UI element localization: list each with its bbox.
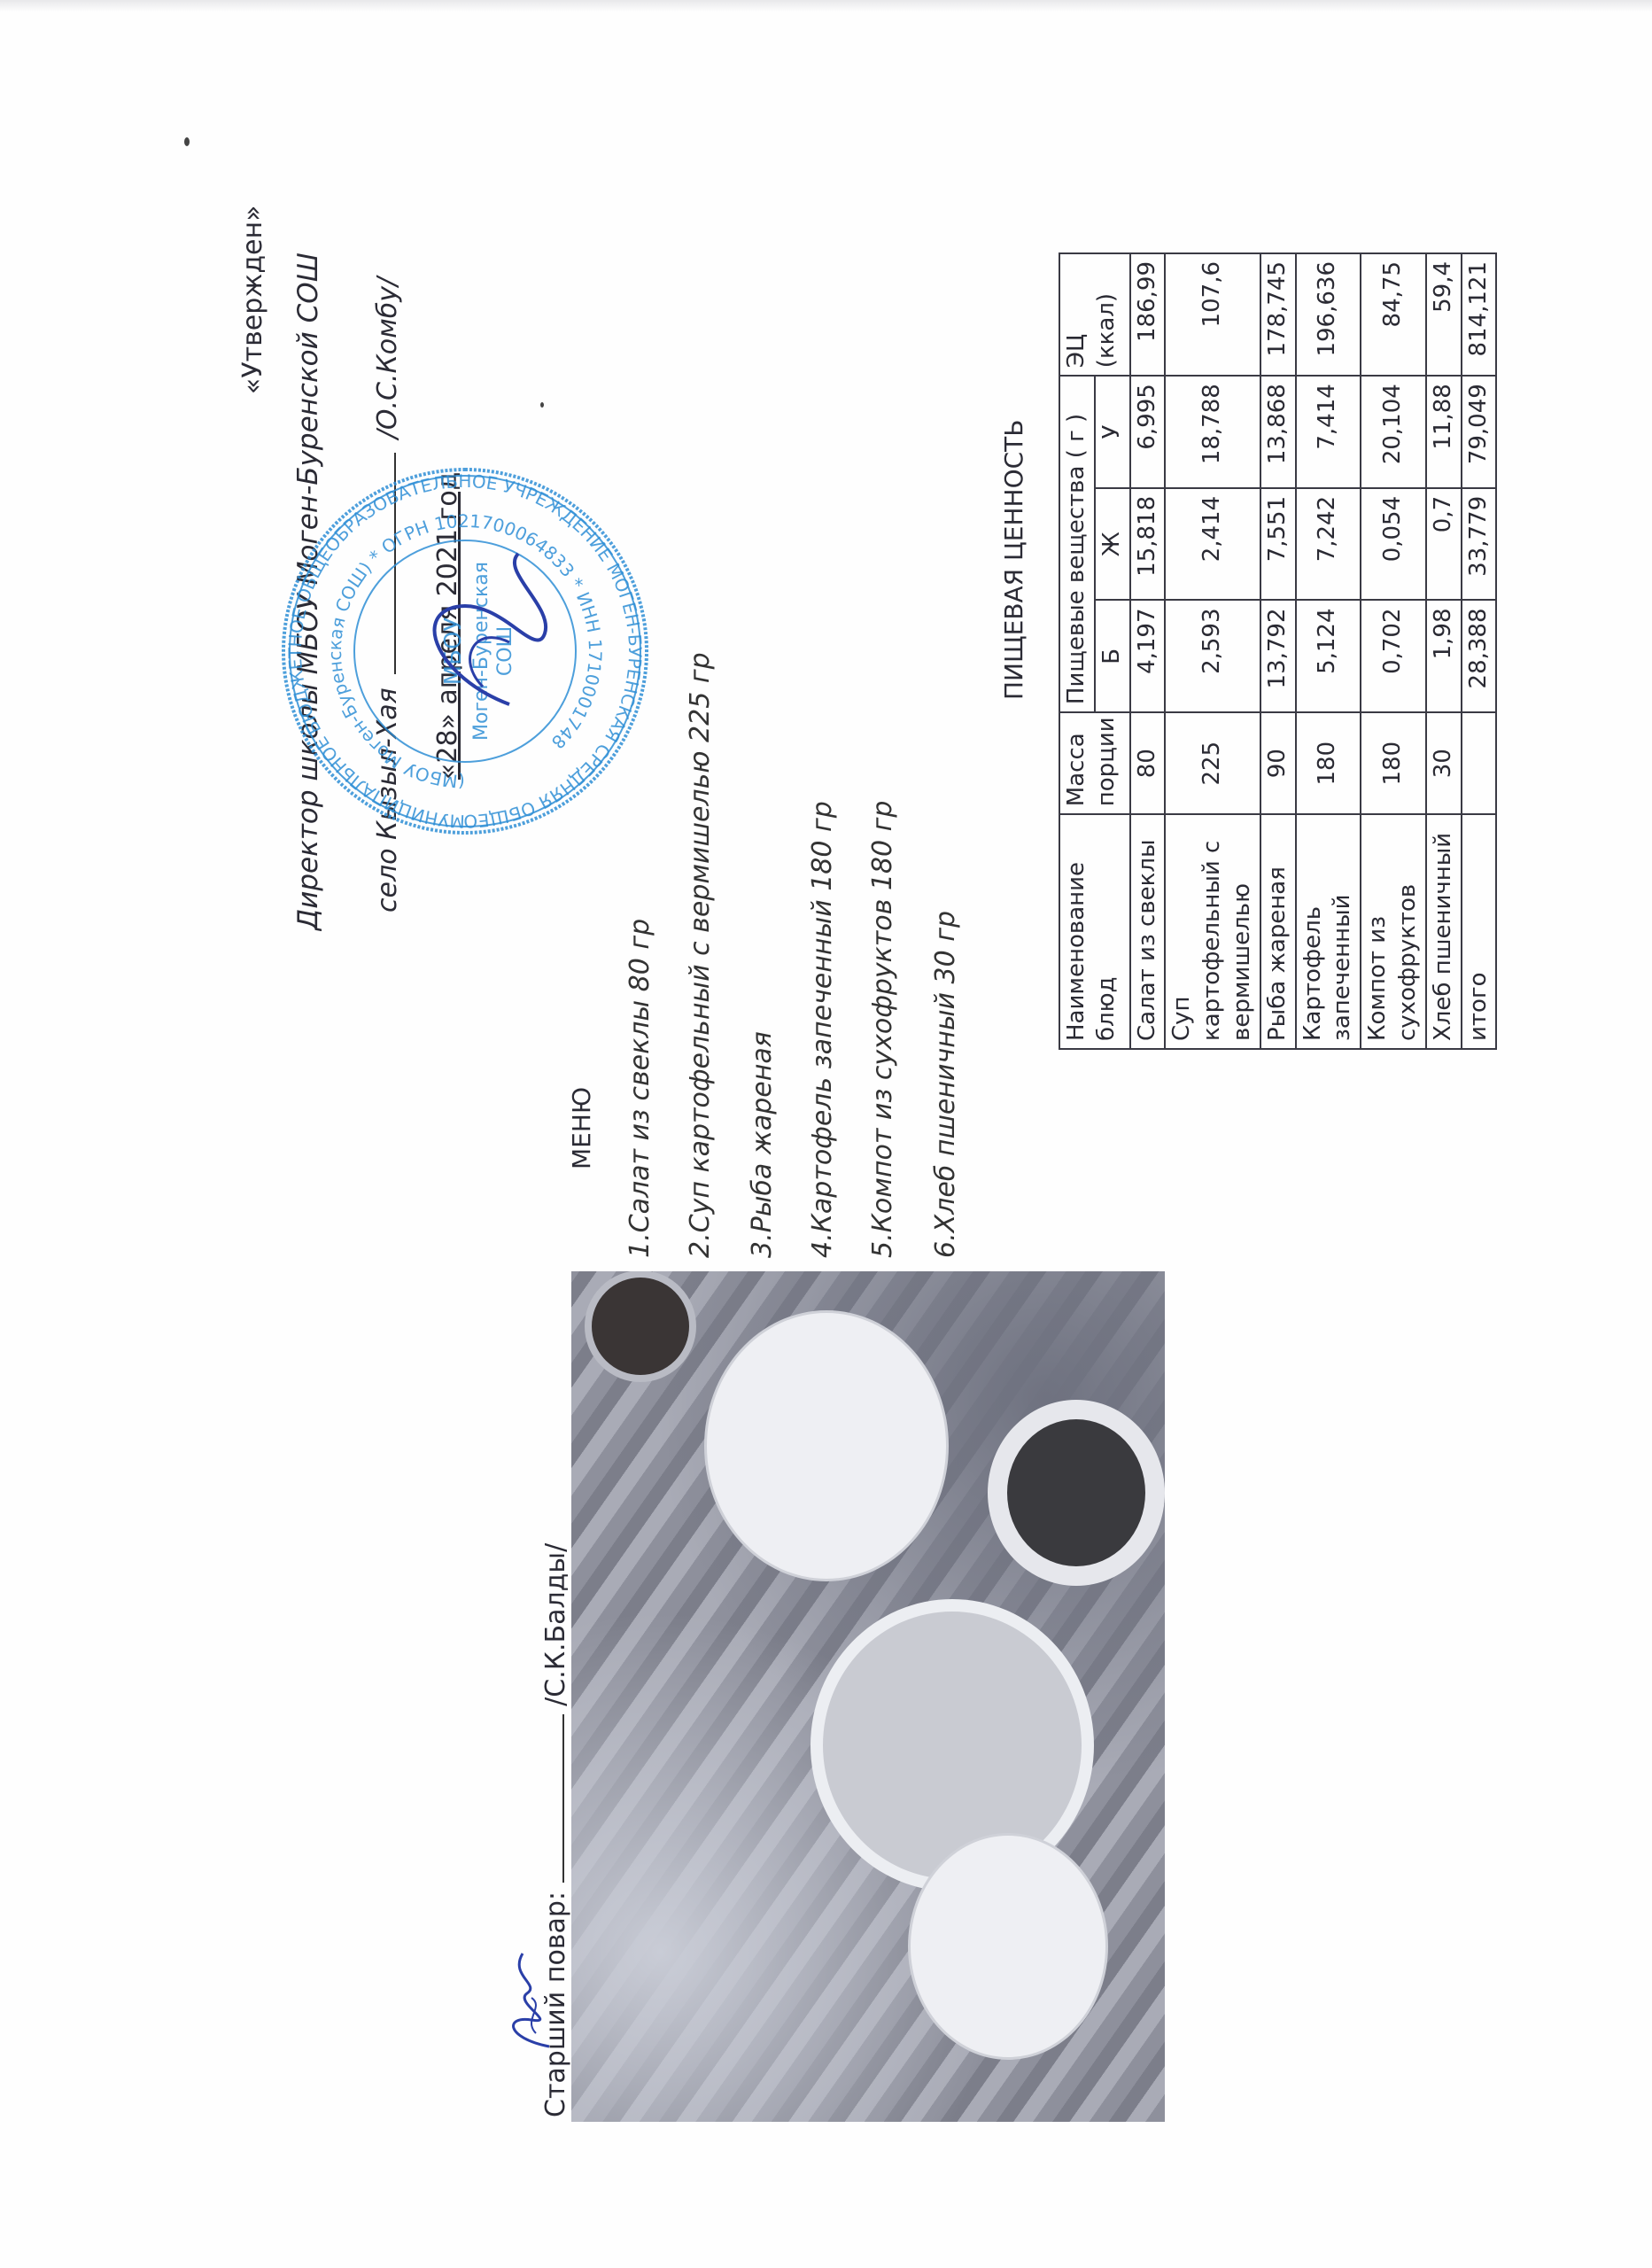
cook-signature-blank [562, 1714, 564, 1883]
approval-date: «28» апреля 2021 год [432, 472, 463, 780]
cell-u: 79,049 [1462, 376, 1497, 488]
cell-mass: 180 [1361, 712, 1426, 814]
cell-energy: 814,121 [1462, 253, 1497, 376]
menu-title: МЕНЮ [567, 1087, 596, 1169]
nutrition-body: Салат из свеклы804,19715,8186,995186,99С… [1130, 253, 1497, 1049]
cell-energy: 59,4 [1426, 253, 1462, 376]
header-nutrients: Пищевые вещества ( г ) [1059, 376, 1095, 712]
table-row: Рыба жареная9013,7927,55113,868178,745 [1260, 253, 1296, 1049]
cook-name: /С.К.Балды/ [540, 1543, 571, 1706]
cell-dish: Рыба жареная [1260, 814, 1296, 1049]
header-protein: Б [1095, 600, 1130, 712]
menu-item: 5.Компот из сухофруктов 180 гр [867, 801, 898, 1258]
cell-dish: Компот из сухофруктов [1361, 814, 1426, 1049]
cell-b: 4,197 [1130, 600, 1166, 712]
cell-b: 5,124 [1296, 600, 1361, 712]
cell-dish: Хлеб пшеничный [1426, 814, 1462, 1049]
cell-mass: 90 [1260, 712, 1296, 814]
cell-mass: 180 [1296, 712, 1361, 814]
table-row: Компот из сухофруктов1800,7020,05420,104… [1361, 253, 1426, 1049]
header-fat: Ж [1095, 488, 1130, 601]
cell-energy: 107,6 [1165, 253, 1260, 376]
menu-item: 1.Салат из свеклы 80 гр [624, 919, 655, 1258]
cell-dish: Салат из свеклы [1130, 814, 1166, 1049]
header-mass: Масса порции [1059, 712, 1130, 814]
cell-dish: Суп картофельный с вермишелью [1165, 814, 1260, 1049]
bread-plate-icon [908, 1833, 1108, 2060]
director-name: /О.С.Комбу/ [372, 277, 403, 439]
stamp-inner-text: (МБОУ Моген-Буренская СОШ) * ОГРН 102170… [324, 510, 606, 792]
cell-dish: Картофель запеченный [1296, 814, 1361, 1049]
director-line: Директор школы МБОУ Моген-Буренской СОШ [292, 252, 324, 930]
cell-mass [1462, 712, 1497, 814]
nutrition-table: Наименование блюд Масса порции Пищевые в… [1059, 252, 1497, 1050]
cell-mass: 225 [1165, 712, 1260, 814]
beet-salad-plate-icon [988, 1400, 1165, 1586]
cell-energy: 178,745 [1260, 253, 1296, 376]
cell-zh: 7,242 [1296, 488, 1361, 601]
menu-item: 2.Суп картофельный с вермишелью 225 гр [685, 652, 716, 1258]
table-total-row: итого28,38833,77979,049814,121 [1462, 253, 1497, 1049]
cell-u: 20,104 [1361, 376, 1426, 488]
cell-mass: 30 [1426, 712, 1462, 814]
cell-b: 28,388 [1462, 600, 1497, 712]
table-row: Салат из свеклы804,19715,8186,995186,99 [1130, 253, 1166, 1049]
cook-signature-icon [496, 1949, 567, 2055]
cell-energy: 186,99 [1130, 253, 1166, 376]
header-energy: ЭЦ (ккал) [1059, 253, 1130, 376]
cell-b: 13,792 [1260, 600, 1296, 712]
cell-u: 18,788 [1165, 376, 1260, 488]
table-row: Картофель запеченный1805,1247,2427,41419… [1296, 253, 1361, 1049]
cell-dish: итого [1462, 814, 1497, 1049]
cell-mass: 80 [1130, 712, 1166, 814]
cell-u: 6,995 [1130, 376, 1166, 488]
scan-speck [540, 402, 544, 408]
scan-speck [184, 137, 190, 146]
table-row: Хлеб пшеничный301,980,711,8859,4 [1426, 253, 1462, 1049]
meal-photo [571, 1271, 1165, 2122]
document-sheet: «Утвержден» Директор школы МБОУ Моген-Бу… [0, 0, 1652, 2268]
cell-u: 11,88 [1426, 376, 1462, 488]
cell-zh: 15,818 [1130, 488, 1166, 601]
nutrition-title: ПИЩЕВАЯ ЦЕННОСТЬ [999, 420, 1028, 700]
svg-text:(МБОУ Моген-Буренская СОШ) * О: (МБОУ Моген-Буренская СОШ) * ОГРН 102170… [324, 510, 606, 792]
header-dish: Наименование блюд [1059, 814, 1130, 1049]
table-header-row: Наименование блюд Масса порции Пищевые в… [1059, 253, 1095, 1049]
cell-b: 1,98 [1426, 600, 1462, 712]
school-stamp-icon: МУНИЦИПАЛЬНОЕ БЮДЖЕТНОЕ ОБЩЕОБРАЗОВАТЕЛЬ… [279, 465, 651, 837]
header-carbs: У [1095, 376, 1130, 488]
scan-edge [0, 0, 1652, 12]
signature-line [394, 453, 396, 674]
cell-energy: 196,636 [1296, 253, 1361, 376]
cell-zh: 2,414 [1165, 488, 1260, 601]
svg-text:Моген-Буренская: Моген-Буренская [470, 562, 492, 741]
cell-u: 13,868 [1260, 376, 1296, 488]
compote-glass-icon [585, 1271, 696, 1382]
village-name: село Кызыл-Хая [372, 687, 403, 913]
cell-energy: 84,75 [1361, 253, 1426, 376]
cell-zh: 33,779 [1462, 488, 1497, 601]
menu-item: 3.Рыба жареная [747, 1031, 778, 1258]
cell-zh: 7,551 [1260, 488, 1296, 601]
menu-item: 4.Картофель запеченный 180 гр [807, 801, 838, 1258]
svg-text:СОШ: СОШ [494, 626, 516, 676]
approval-heading: «Утвержден» [237, 206, 268, 395]
menu-item: 6.Хлеб пшеничный 30 гр [930, 911, 961, 1258]
cell-b: 0,702 [1361, 600, 1426, 712]
cell-b: 2,593 [1165, 600, 1260, 712]
table-row: Суп картофельный с вермишелью2252,5932,4… [1165, 253, 1260, 1049]
village-signature-line: село Кызыл-Хая /О.С.Комбу/ [372, 277, 403, 913]
fish-potato-plate-icon [704, 1310, 949, 1581]
cell-u: 7,414 [1296, 376, 1361, 488]
cell-zh: 0,7 [1426, 488, 1462, 601]
cell-zh: 0,054 [1361, 488, 1426, 601]
